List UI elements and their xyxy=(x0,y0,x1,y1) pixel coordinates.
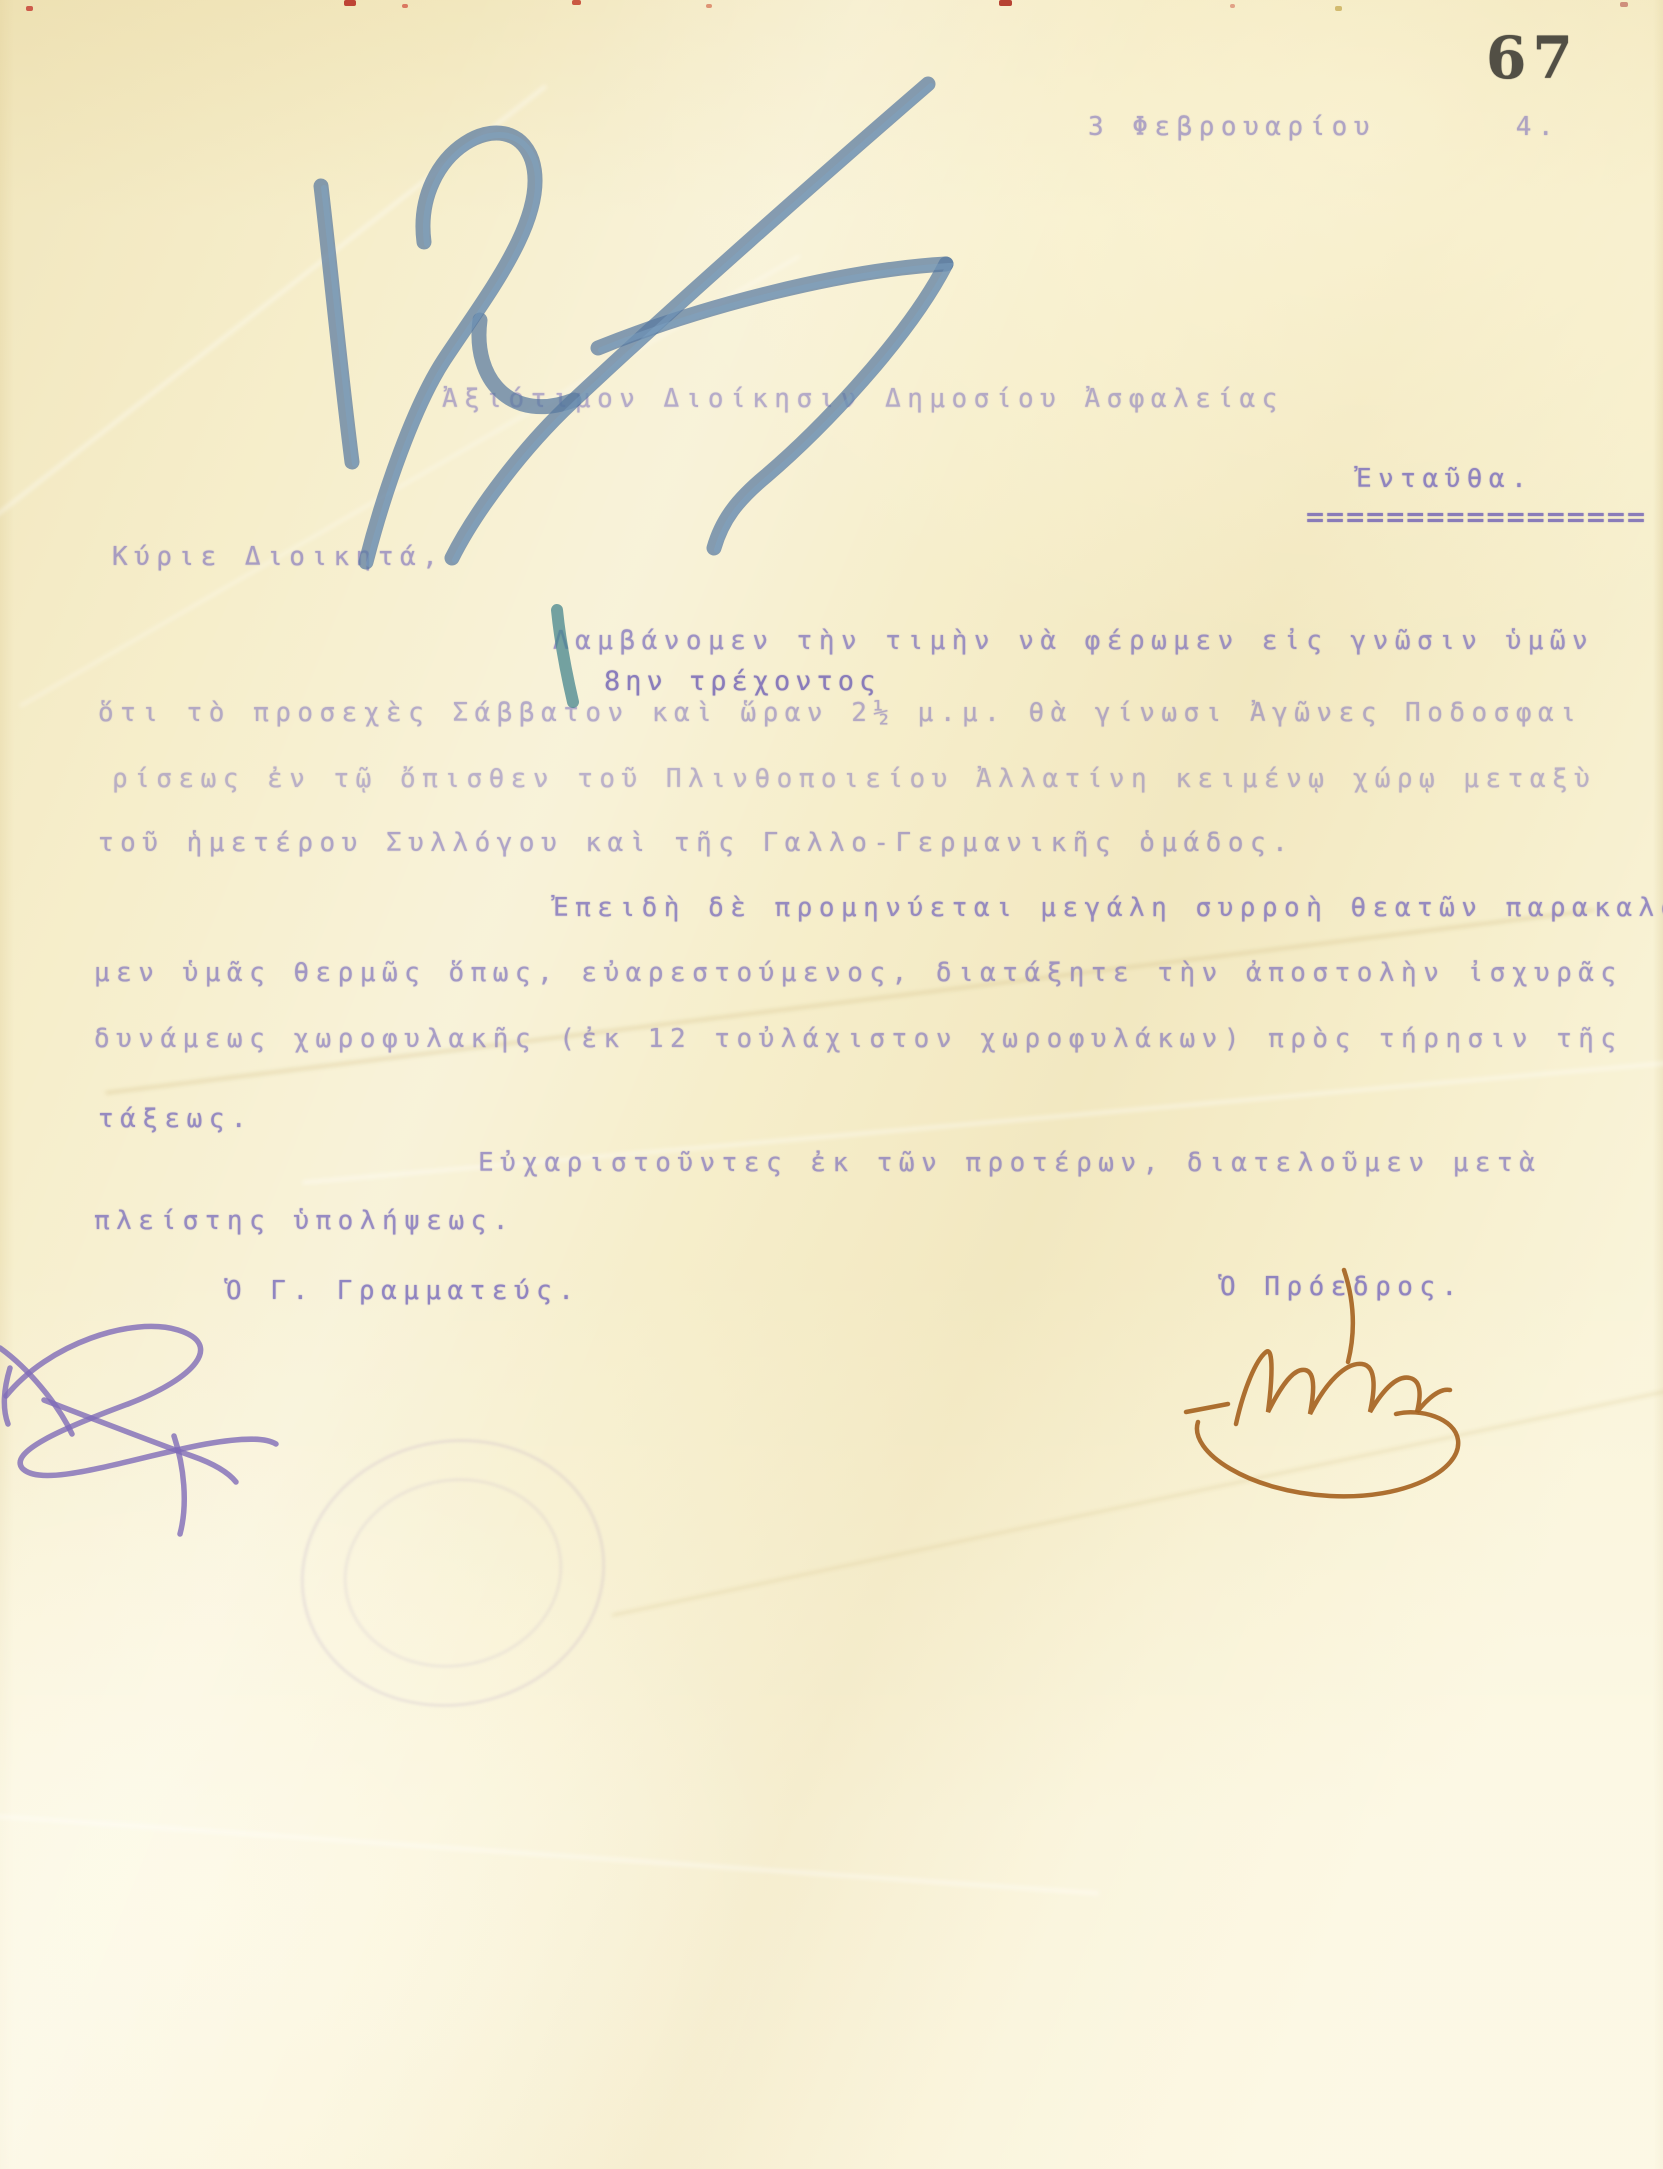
body-line: μεν ὑμᾶς θερμῶς ὅπως, εὐαρεστούμενος, δι… xyxy=(94,958,1623,988)
paper-speck xyxy=(402,4,408,8)
secretary-label: Ὁ Γ. Γραμματεύς. xyxy=(226,1276,580,1306)
place-line: Ἐνταῦθα. xyxy=(1356,464,1533,494)
president-label: Ὁ Πρόεδρος. xyxy=(1220,1272,1464,1302)
place-underline-rule: ================= xyxy=(1306,503,1647,533)
stamp-impression xyxy=(276,1411,631,1735)
paper-speck xyxy=(1230,4,1235,8)
crease-line xyxy=(612,1386,1663,1617)
body-line: ρίσεως ἐν τῷ ὄπισθεν τοῦ Πλινθοποιείου Ἀ… xyxy=(112,764,1596,794)
body-line: Εὐχαριστοῦντες ἐκ τῶν προτέρων, διατελοῦ… xyxy=(478,1148,1541,1178)
body-line: δυνάμεως χωροφυλακῆς (ἐκ 12 τοὐλάχιστον … xyxy=(94,1024,1623,1054)
crease-line xyxy=(0,1808,1099,1895)
blue-pencil-mark xyxy=(321,84,946,562)
crease-line xyxy=(105,909,1594,1095)
body-line: πλείστης ὑπολήψεως. xyxy=(94,1206,515,1236)
secretary-signature xyxy=(0,1326,276,1534)
handwritten-marks-layer xyxy=(0,0,1663,2169)
recipient-line: Ἀξιότιμον Διοίκησιν Δημοσίου Ἀσφαλείας xyxy=(442,384,1284,414)
paper-speck xyxy=(706,4,712,8)
president-signature xyxy=(1186,1270,1458,1496)
date-year: 4. xyxy=(1516,112,1560,142)
paper-speck xyxy=(26,6,33,11)
salutation: Κύριε Διοικητά, xyxy=(112,542,444,572)
body-line: Ἐπειδὴ δὲ προμηνύεται μεγάλη συρροὴ θεατ… xyxy=(553,893,1663,923)
stamp-inner-ring xyxy=(326,1458,580,1688)
interline-insertion: 8ην τρέχοντος xyxy=(604,666,880,697)
date-line: 3 Φεβρουαρίου 4. xyxy=(1088,112,1560,142)
letter-page: 67 3 Φεβρουαρίου 4. Ἀξιότιμον Διοίκησιν … xyxy=(0,0,1663,2169)
paper-speck xyxy=(1620,2,1628,7)
paper-speck xyxy=(1335,6,1342,11)
body-line: τοῦ ἡμετέρου Συλλόγου καὶ τῆς Γαλλο-Γερμ… xyxy=(98,828,1294,858)
date-text: 3 Φεβρουαρίου xyxy=(1088,112,1376,142)
blue-pencil-mark-highlight xyxy=(324,86,949,564)
page-number: 67 xyxy=(1486,24,1579,92)
crease-line xyxy=(0,85,547,518)
body-line: τάξεως. xyxy=(98,1104,253,1134)
paper-speck xyxy=(572,0,581,5)
paper-speck xyxy=(999,0,1012,6)
body-line: ὅτι τὸ προσεχὲς Σάββατον καὶ ὥραν 2½ μ.μ… xyxy=(98,698,1582,728)
paper-speck xyxy=(344,0,356,6)
teal-pencil-stroke xyxy=(557,610,573,702)
body-line: Λαμβάνομεν τὴν τιμὴν νὰ φέρωμεν εἰς γνῶσ… xyxy=(553,626,1594,656)
